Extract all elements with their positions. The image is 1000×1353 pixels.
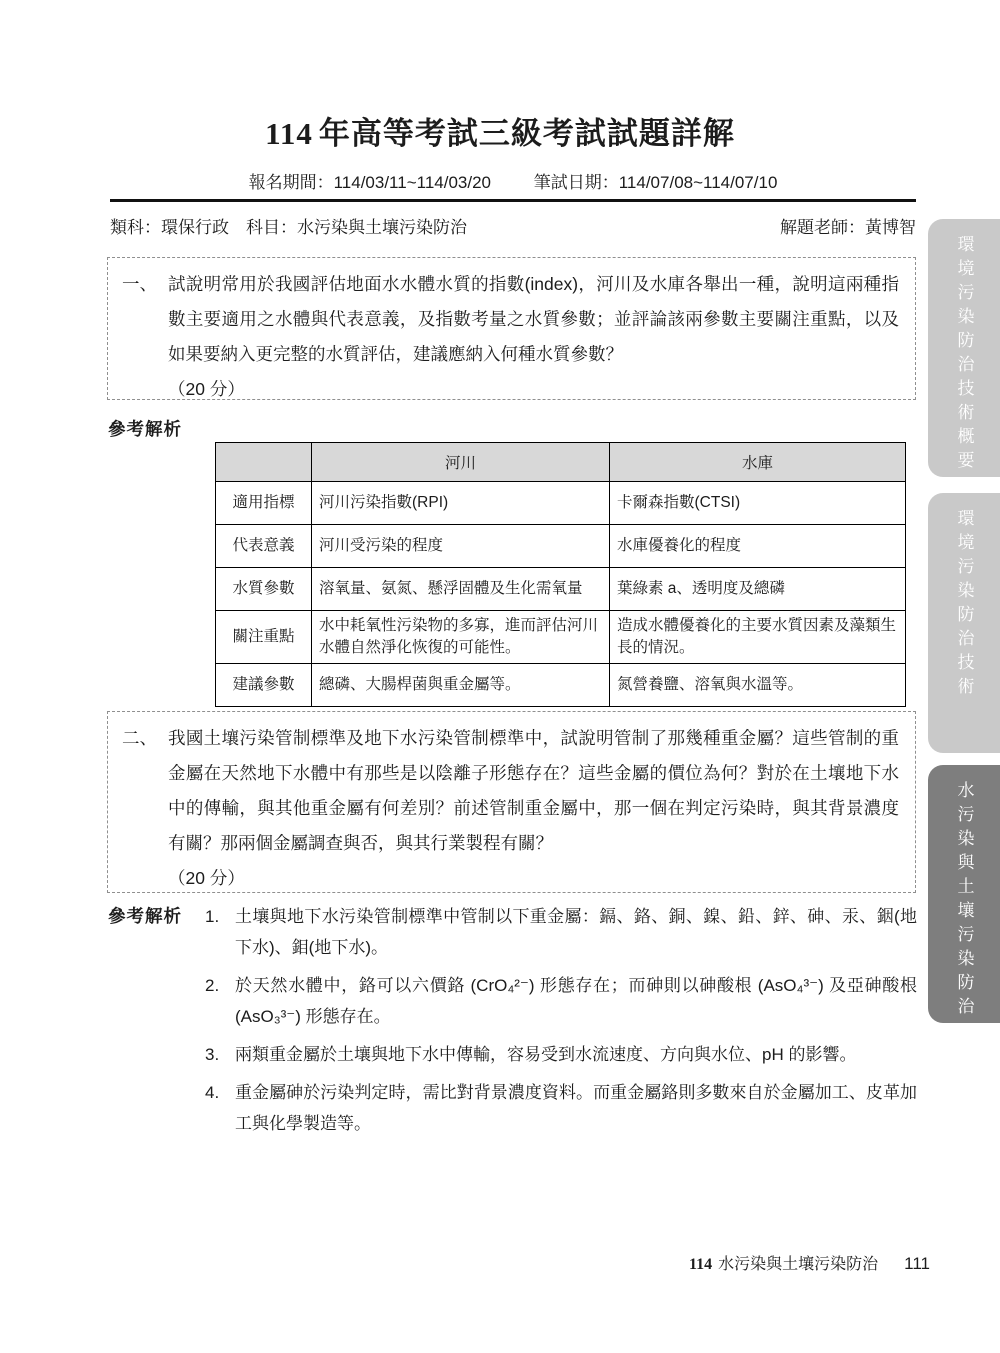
meta-row: 類科：環保行政 科目：水污染與土壤污染防治 解題老師：黃博智: [110, 213, 916, 238]
table-row: 適用指標 河川污染指數(RPI) 卡爾森指數(CTSI): [216, 482, 906, 525]
table-row: 代表意義 河川受污染的程度 水庫優養化的程度: [216, 525, 906, 568]
page-number: 111: [904, 1254, 930, 1273]
question-2-box: 二、 我國土壤污染管制標準及地下水污染管制標準中，試說明管制了那幾種重金屬？這些…: [107, 711, 916, 893]
analysis-2-label: 參考解析: [108, 903, 182, 928]
table-row: 水質參數 溶氧量、氨氮、懸浮固體及生化需氧量 葉綠素 a、透明度及總磷: [216, 568, 906, 611]
question-1-box: 一、 試說明常用於我國評估地面水水體水質的指數(index)，河川及水庫各舉出一…: [107, 257, 916, 400]
header-divider: [110, 199, 916, 202]
title-year: 114: [265, 116, 313, 151]
question-2-text: 我國土壤污染管制標準及地下水污染管制標準中，試說明管制了那幾種重金屬？這些管制的…: [168, 721, 899, 861]
list-item: 4. 重金屬砷於污染判定時，需比對背景濃度資料。而重金屬鉻則多數來自於金屬加工、…: [205, 1077, 917, 1139]
side-tab-water-soil-pollution: 水污染與土壤污染防治: [928, 765, 1000, 1023]
page-footer: 114水污染與土壤污染防治111: [689, 1251, 930, 1274]
title-text: 年高等考試三級考試試題詳解: [319, 116, 735, 151]
list-item: 3. 兩類重金屬於土壤與地下水中傳輸，容易受到水流速度、方向與水位、pH 的影響…: [205, 1039, 917, 1070]
footer-subject: 水污染與土壤污染防治: [718, 1256, 878, 1273]
question-1-text: 試說明常用於我國評估地面水水體水質的指數(index)，河川及水庫各舉出一種，說…: [168, 267, 899, 372]
side-tab-env-pollution-tech-summary: 環境污染防治技術概要: [928, 219, 1000, 477]
list-item: 1. 土壤與地下水污染管制標準中管制以下重金屬：鎘、鉻、銅、鎳、鉛、鋅、砷、汞、…: [205, 901, 917, 963]
table-row: 關注重點 水中耗氧性污染物的多寡，進而評估河川水體自然淨化恢復的可能性。 造成水…: [216, 611, 906, 664]
category-subject: 類科：環保行政 科目：水污染與土壤污染防治: [110, 213, 467, 238]
table-header-reservoir: 水庫: [610, 443, 906, 482]
question-2-number: 二、: [122, 721, 168, 861]
solver-name: 解題老師：黃博智: [780, 213, 916, 238]
table-header-row: 河川 水庫: [216, 443, 906, 482]
footer-year: 114: [689, 1256, 712, 1273]
exam-dates-row: 報名期間：114/03/11~114/03/20 筆試日期：114/07/08~…: [110, 168, 916, 193]
table-corner-cell: [216, 443, 312, 482]
river-reservoir-table: 河川 水庫 適用指標 河川污染指數(RPI) 卡爾森指數(CTSI) 代表意義 …: [215, 442, 906, 707]
analysis-2-list: 1. 土壤與地下水污染管制標準中管制以下重金屬：鎘、鉻、銅、鎳、鉛、鋅、砷、汞、…: [205, 901, 917, 1146]
table-row: 建議參數 總磷、大腸桿菌與重金屬等。 氮營養鹽、溶氧與水溫等。: [216, 664, 906, 707]
question-2-score: （20 分）: [168, 861, 899, 896]
side-tab-env-pollution-tech: 環境污染防治技術: [928, 493, 1000, 753]
analysis-1-label: 參考解析: [108, 416, 182, 441]
registration-period: 報名期間：114/03/11~114/03/20: [249, 173, 491, 192]
table-header-river: 河川: [312, 443, 610, 482]
written-exam-date: 筆試日期：114/07/08~114/07/10: [534, 173, 778, 192]
question-1-number: 一、: [122, 267, 168, 372]
list-item: 2. 於天然水體中，鉻可以六價鉻 (CrO₄²⁻) 形態存在；而砷則以砷酸根 (…: [205, 970, 917, 1032]
question-1-score: （20 分）: [168, 372, 899, 407]
page-title: 114年高等考試三級考試試題詳解: [0, 108, 1000, 153]
